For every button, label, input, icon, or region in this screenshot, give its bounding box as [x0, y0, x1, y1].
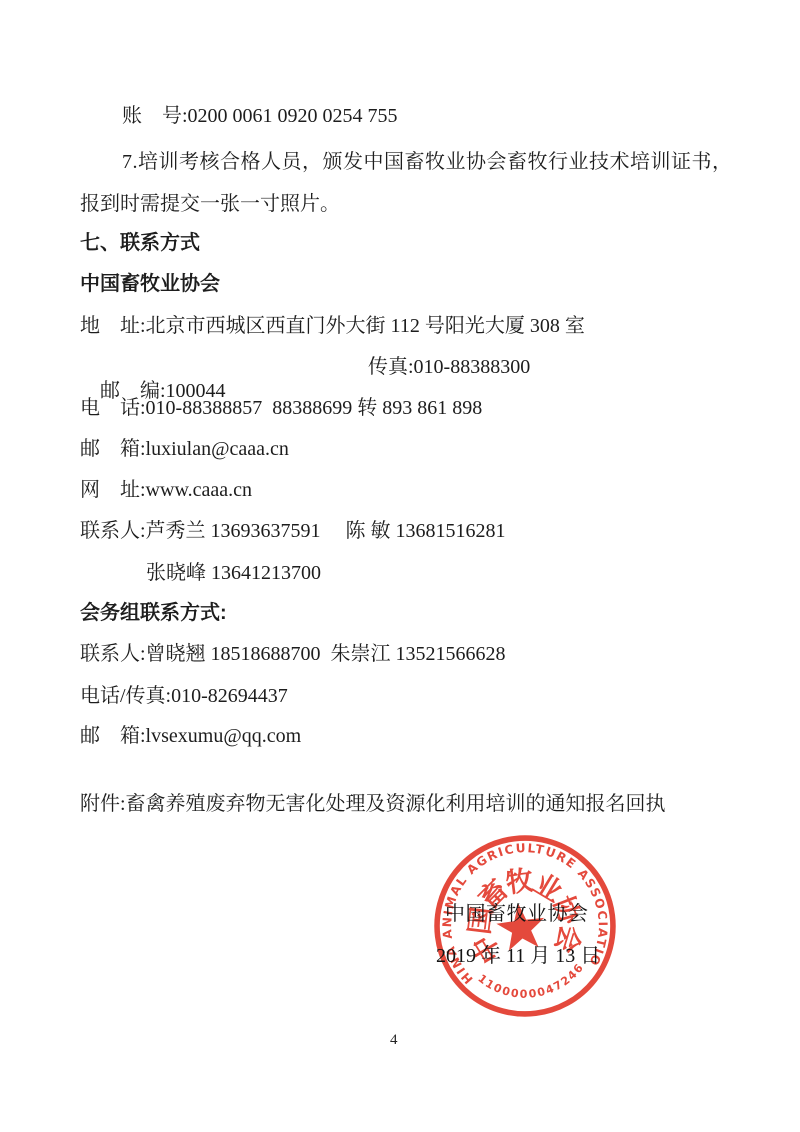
document-page: 账 号:0200 0061 0920 0254 755 7.培训考核合格人员，颁…: [0, 0, 800, 1132]
phone-line: 电 话:010-88388857 88388699 转 893 861 898: [80, 396, 482, 420]
official-seal-graphic: CHINA ANIMAL AGRICULTURE ASSOCIATION 110…: [422, 823, 627, 1028]
group-email-line: 邮 箱:lvsexumu@qq.com: [80, 724, 301, 748]
address-line: 地 址:北京市西城区西直门外大街 112 号阳光大厦 308 室: [80, 314, 585, 338]
item7-line1: 7.培训考核合格人员，颁发中国畜牧业协会畜牧行业技术培训证书，: [122, 150, 733, 174]
group-contact-heading: 会务组联系方式:: [80, 601, 227, 625]
website-line: 网 址:www.caaa.cn: [80, 478, 252, 502]
group-phone-line: 电话/传真:010-82694437: [80, 684, 288, 708]
fax-value: 传真:010-88388300: [368, 355, 530, 379]
page-number: 4: [390, 1032, 398, 1049]
item7-line2: 报到时需提交一张一寸照片。: [80, 192, 340, 216]
account-number-line: 账 号:0200 0061 0920 0254 755: [122, 104, 398, 128]
signature-org-name: 中国畜牧业协会: [445, 897, 589, 926]
official-seal: CHINA ANIMAL AGRICULTURE ASSOCIATION 110…: [422, 823, 627, 1028]
contacts-line-1: 联系人:芦秀兰 13693637591 陈 敏 13681516281: [80, 519, 506, 543]
signature-date: 2019 年 11 月 13 日: [436, 939, 600, 968]
attachment-line: 附件:畜禽养殖废弃物无害化处理及资源化利用培训的通知报名回执: [80, 792, 666, 816]
contacts-line-2: 张晓峰 13641213700: [146, 561, 321, 585]
group-contacts-line: 联系人:曾晓翘 18518688700 朱崇江 13521566628: [80, 642, 506, 666]
email-line: 邮 箱:luxiulan@caaa.cn: [80, 437, 289, 461]
org-name-heading: 中国畜牧业协会: [80, 272, 220, 296]
section-heading-contact: 七、联系方式: [80, 231, 200, 255]
